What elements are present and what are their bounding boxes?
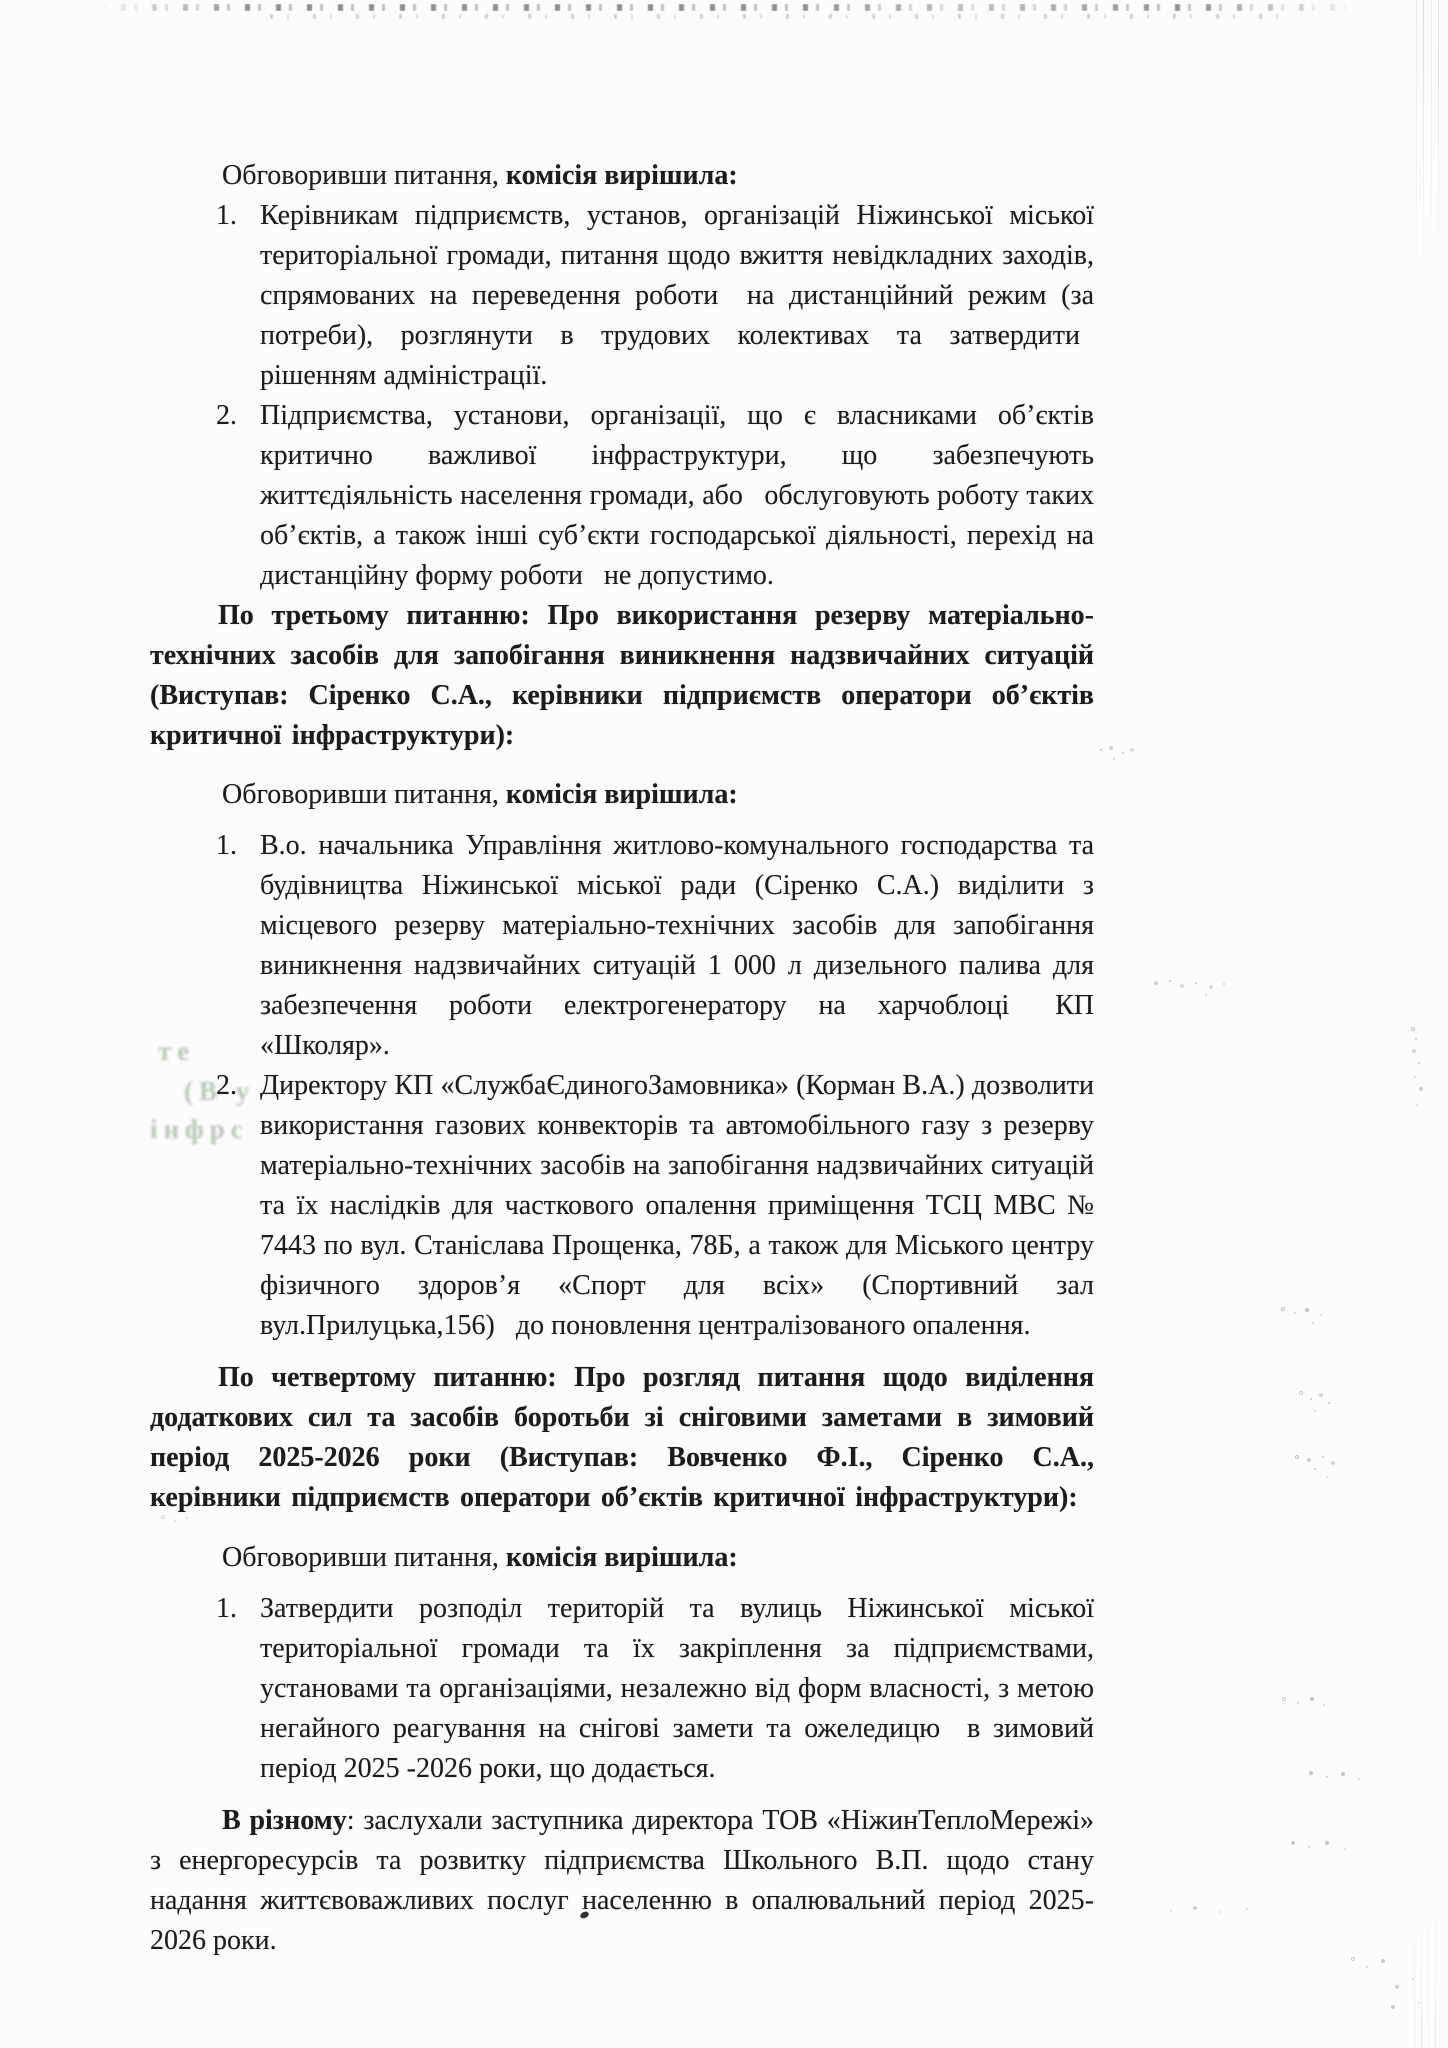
list-item-number: 1. (216, 196, 237, 236)
heading-question3: По третьому питанню: Про використання ре… (150, 596, 1094, 756)
scan-speck-artifact (1412, 1028, 1414, 1030)
list-item-text: Керівникам підприємств, установ, організ… (260, 200, 1094, 391)
list-item: 2. Підприємства, установи, організації, … (260, 396, 1094, 596)
paragraph-discussed-1: Обговоривши питання, комісія вирішила: (150, 156, 1094, 196)
ghost-text-artifact: те (158, 1036, 195, 1067)
scan-speck-artifact (1098, 746, 1100, 748)
scan-speck-artifact (1148, 1906, 1150, 1908)
list-item: 1. Керівникам підприємств, установ, орга… (260, 196, 1094, 396)
discussed-regular-text: Обговоривши питання, (222, 160, 506, 191)
scan-noise-top-artifact (270, 14, 1280, 19)
document-body: Обговоривши питання, комісія вирішила: 1… (150, 156, 1094, 1961)
scan-speck-artifact (1283, 1698, 1285, 1700)
list-item-text: Затвердити розподіл територій та вулиць … (260, 1593, 1094, 1784)
list-item: 2. Директору КП «СлужбаЄдиногоЗамовника»… (260, 1066, 1094, 1346)
scan-noise-top-artifact (90, 4, 1380, 11)
discussed-bold-text: комісія вирішила: (506, 1542, 738, 1573)
scan-speck-artifact (1155, 980, 1157, 982)
scan-streak-artifact (1408, 1878, 1438, 2048)
list-question4-resolutions: 1. Затвердити розподіл територій та вули… (150, 1589, 1094, 1789)
scan-speck-artifact (1352, 1958, 1354, 1960)
scan-speck-artifact (1282, 1308, 1284, 1310)
ghost-text-artifact: інфрс (150, 1114, 249, 1145)
list-item-text: Підприємства, установи, організації, що … (260, 400, 1094, 591)
ghost-text-artifact: (В у (184, 1076, 255, 1107)
scan-speck-artifact (1292, 1772, 1294, 1774)
list-item: 1. Затвердити розподіл територій та вули… (260, 1589, 1094, 1789)
scan-speck-artifact (1300, 1392, 1302, 1394)
list-question3-resolutions: 1. В.о. начальника Управління житлово-ко… (150, 826, 1094, 1346)
scanned-document-page: Обговоривши питання, комісія вирішила: 1… (0, 0, 1448, 2048)
discussed-bold-text: комісія вирішила: (506, 160, 738, 191)
list-item: 1. В.о. начальника Управління житлово-ко… (260, 826, 1094, 1066)
list-item-number: 1. (216, 1589, 237, 1629)
list-item-text: В.о. начальника Управління житлово-комун… (260, 830, 1094, 1061)
list-item-text: Директору КП «СлужбаЄдиногоЗамовника» (К… (260, 1070, 1094, 1341)
list-question2-resolutions: 1. Керівникам підприємств, установ, орга… (150, 196, 1094, 596)
paragraph-miscellaneous: В різному: заслухали заступника директор… (150, 1801, 1094, 1961)
paragraph-discussed-3: Обговоривши питання, комісія вирішила: (150, 1538, 1094, 1578)
scan-streak-artifact (1409, 0, 1445, 280)
heading-question4: По четвертому питанню: Про розгляд питан… (150, 1358, 1094, 1518)
scan-speck-artifact (162, 1516, 164, 1518)
scan-speck-artifact (1296, 1456, 1298, 1458)
discussed-bold-text: комісія вирішила: (506, 779, 738, 810)
discussed-regular-text: Обговоривши питання, (222, 779, 506, 810)
discussed-regular-text: Обговоривши питання, (222, 1542, 506, 1573)
paragraph-discussed-2: Обговоривши питання, комісія вирішила: (150, 775, 1094, 815)
misc-bold-text: В різному (222, 1805, 347, 1836)
list-item-number: 1. (216, 826, 237, 866)
list-item-number: 2. (216, 396, 237, 436)
